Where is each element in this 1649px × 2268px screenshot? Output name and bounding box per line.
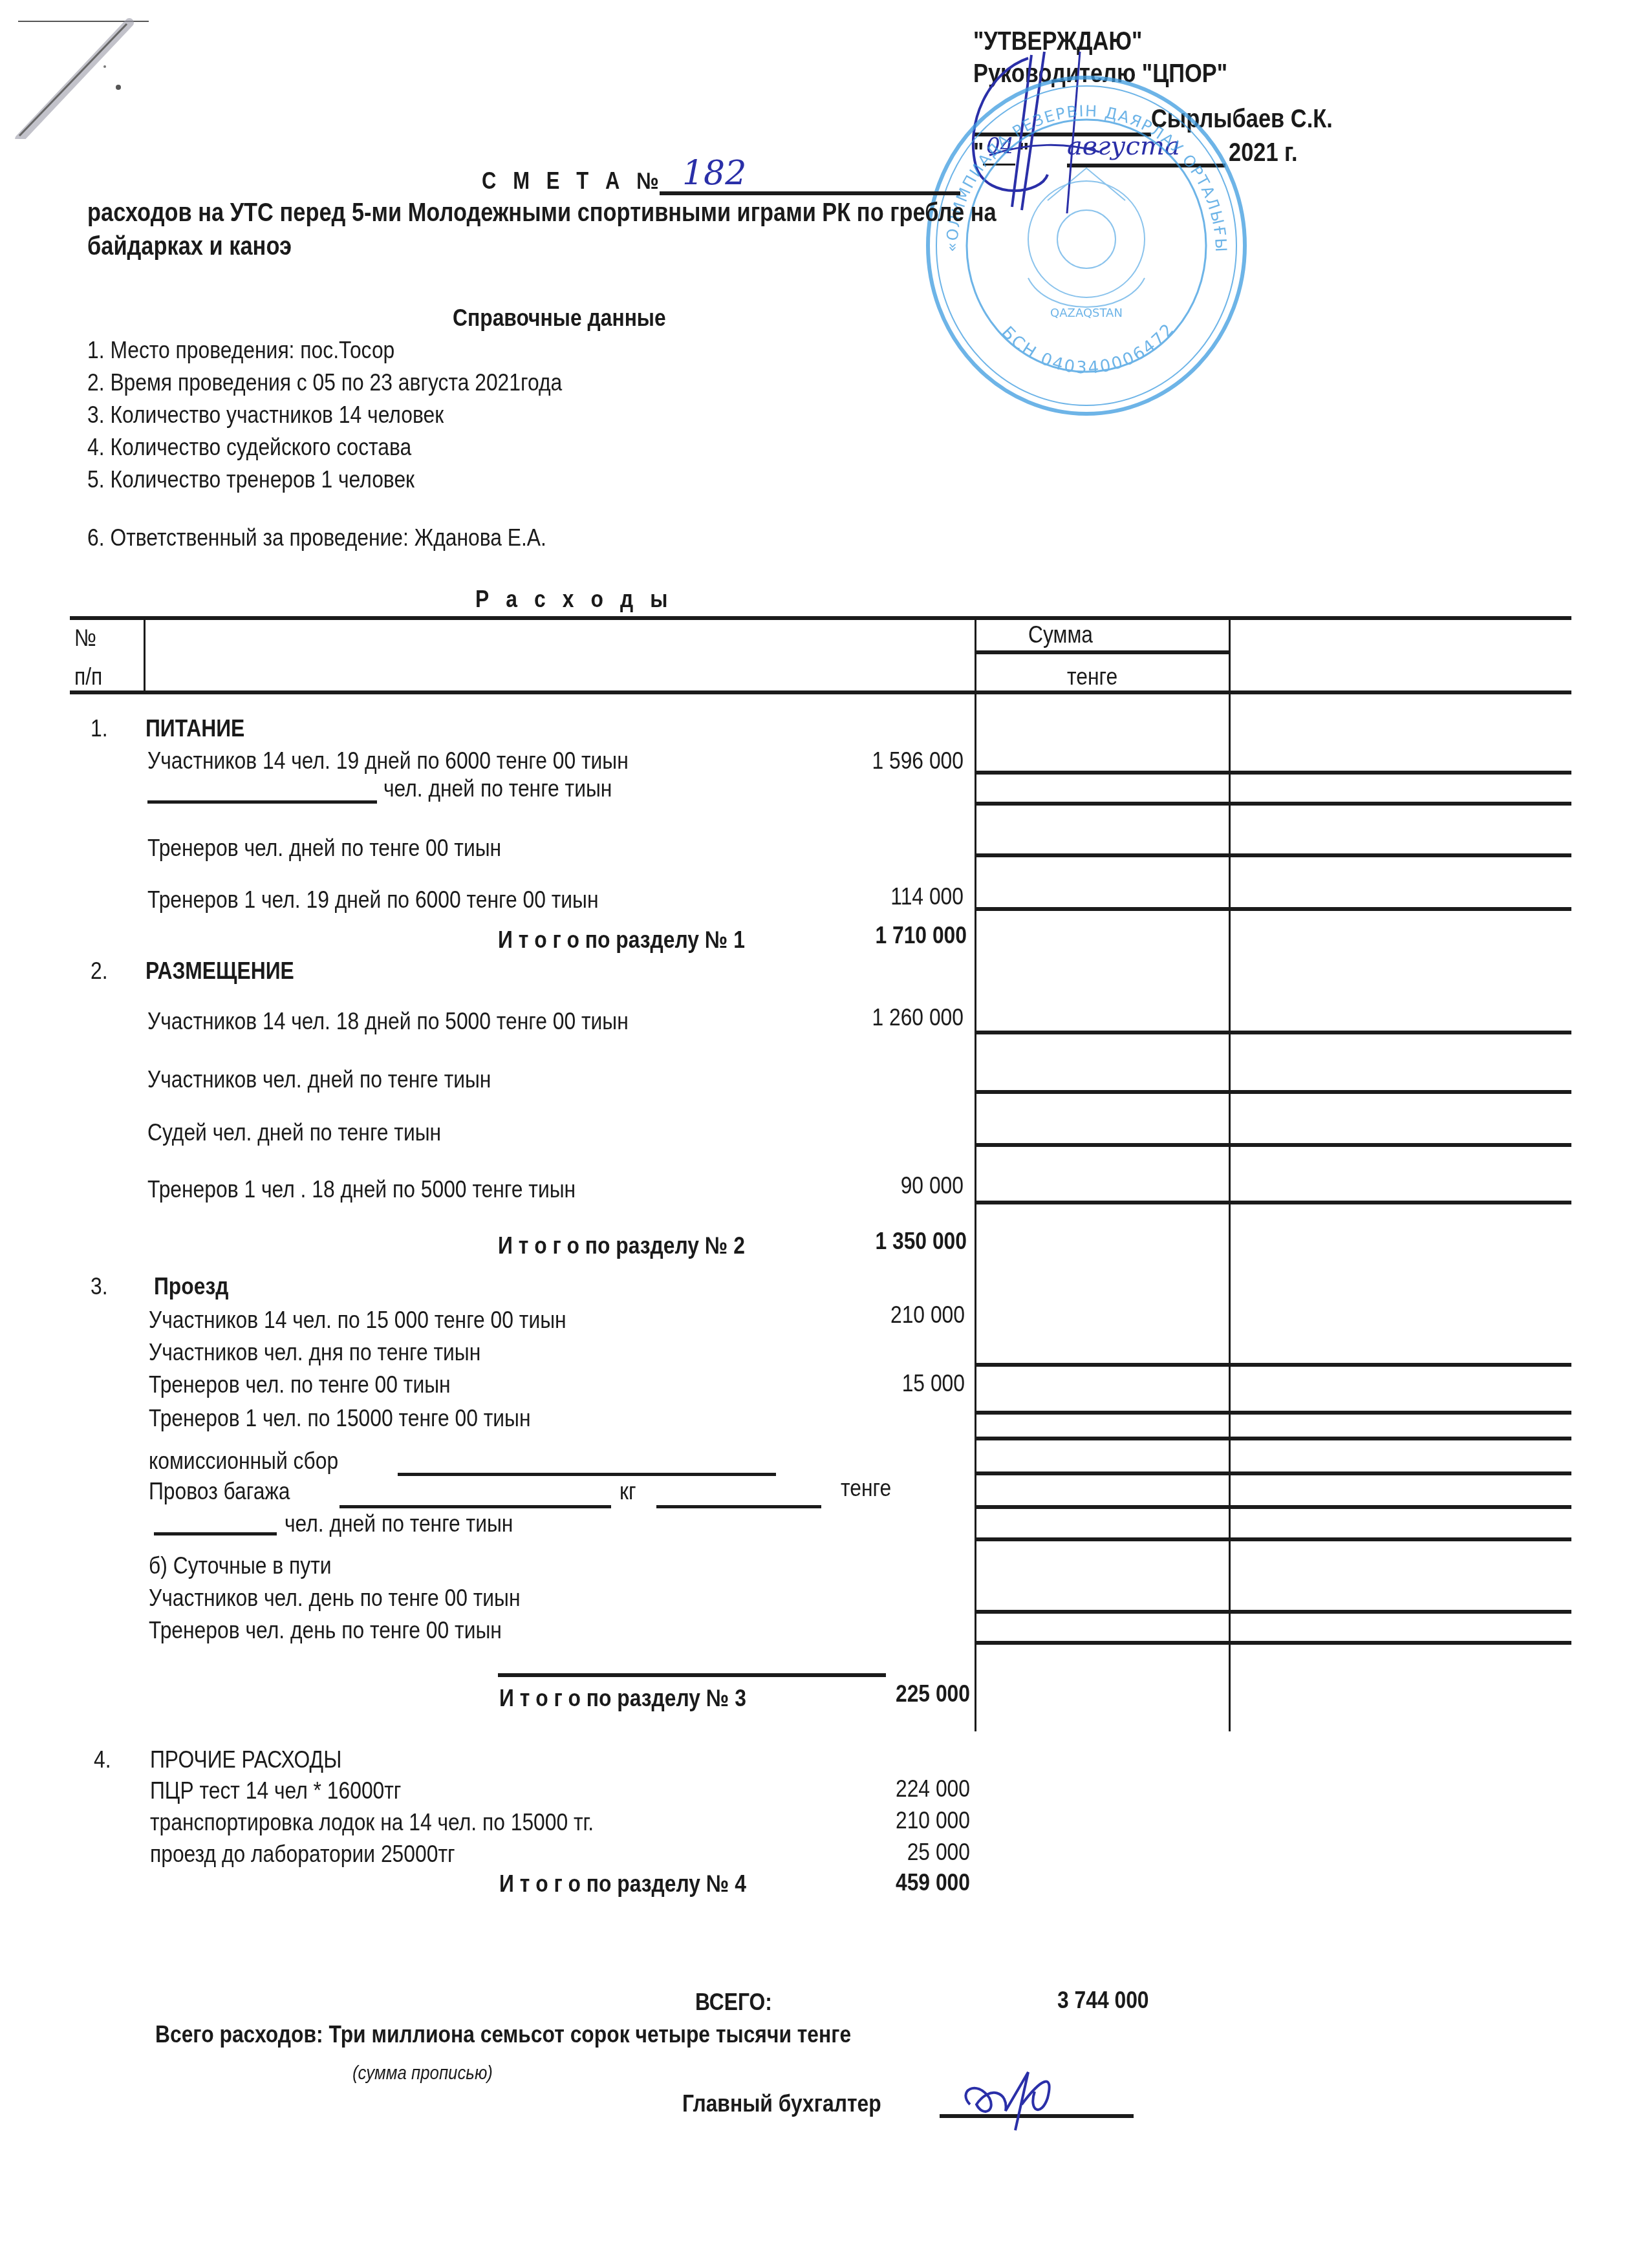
row-divider <box>976 1471 1571 1475</box>
row-divider <box>976 907 1571 911</box>
col-header-sum: Сумма <box>1028 621 1093 649</box>
row-divider <box>976 1610 1571 1614</box>
expense-row-text: транспортировка лодок на 14 чел. по 1500… <box>150 1808 594 1837</box>
chief-accountant-signature <box>957 2066 1067 2137</box>
expense-row-text: Провоз багажа <box>149 1477 290 1506</box>
chief-accountant-label: Главный бухгалтер <box>682 2090 881 2118</box>
reference-item: 2. Время проведения с 05 по 23 августа 2… <box>87 369 562 397</box>
total-in-words-caption: (сумма прописью) <box>352 2062 493 2084</box>
col-header-currency: тенге <box>1067 663 1117 691</box>
expense-row-text: Участников чел. дней по тенге тиын <box>147 1065 491 1094</box>
expense-row-text: Участников 14 чел. 19 дней по 6000 тенге… <box>147 747 629 775</box>
section-total-label: И т о г о по разделу № 1 <box>498 926 745 954</box>
row-divider <box>976 1505 1571 1509</box>
row-divider <box>976 1143 1571 1147</box>
estimate-title: С М Е Т А № <box>482 167 664 195</box>
section-title: ПРОЧИЕ РАСХОДЫ <box>150 1746 341 1774</box>
expense-row-text: Участников чел. дня по тенге тиын <box>149 1338 480 1367</box>
reference-heading: Справочные данные <box>453 304 666 332</box>
table-top-border <box>70 616 1571 620</box>
expense-row-text: Участников 14 чел. по 15 000 тенге 00 ти… <box>149 1306 566 1334</box>
row-divider <box>976 853 1571 857</box>
expense-row-text: Тренеров 1 чел . 18 дней по 5000 тенге т… <box>147 1175 576 1204</box>
expense-row-text: Участников 14 чел. 18 дней по 5000 тенге… <box>147 1007 629 1036</box>
expense-row-text: ПЦР тест 14 чел * 16000тг <box>150 1777 401 1805</box>
expense-row-text: Тренеров чел. дней по тенге 00 тиын <box>147 834 501 862</box>
expense-row-amount: 90 000 <box>741 1171 964 1200</box>
col-divider-number <box>144 619 145 692</box>
row-divider <box>976 1090 1571 1094</box>
grand-total-label: ВСЕГО: <box>695 1988 772 2017</box>
expense-row-text: Судей чел. дней по тенге тиын <box>147 1118 441 1147</box>
expense-row-amount: 1 596 000 <box>741 747 964 775</box>
expense-row-text: Тренеров 1 чел. 19 дней по 6000 тенге 00… <box>147 886 599 914</box>
table-header-bottom-border <box>70 690 1571 694</box>
section-number: 2. <box>91 957 108 985</box>
estimate-number: 182 <box>682 154 746 193</box>
row-divider <box>976 1201 1571 1204</box>
row-divider <box>976 1641 1571 1645</box>
col-header-number: № <box>74 624 96 652</box>
row-divider <box>976 1437 1571 1440</box>
col-divider-sum-right <box>1229 619 1231 1731</box>
svg-text:БСН 040340006472: БСН 040340006472 <box>997 319 1179 378</box>
expense-row-amount: 224 000 <box>748 1775 970 1803</box>
blank-field <box>398 1453 776 1476</box>
blank-field <box>147 781 377 804</box>
expense-row-text: чел. дней по тенге тиын <box>285 1510 513 1538</box>
estimate-subtitle-line1: расходов на УТС перед 5-ми Молодежными с… <box>87 197 997 228</box>
section-total-amount: 1 710 000 <box>744 921 967 950</box>
expense-row-text: комиссионный сбор <box>149 1447 338 1475</box>
section-total-label: И т о г о по разделу № 4 <box>499 1870 746 1898</box>
expense-row-text: б) Суточные в пути <box>149 1552 332 1580</box>
section-number: 4. <box>94 1746 111 1774</box>
total-underline <box>498 1673 886 1677</box>
blank-field <box>656 1486 821 1508</box>
expense-row-text-end: тенге <box>841 1474 891 1503</box>
section-number: 1. <box>91 714 108 743</box>
section-title: ПИТАНИЕ <box>145 714 244 743</box>
reference-item: 1. Место проведения: пос.Тосор <box>87 336 394 365</box>
expense-row-text: Тренеров 1 чел. по 15000 тенге 00 тиын <box>149 1404 531 1433</box>
expense-row-amount: 210 000 <box>748 1806 970 1835</box>
section-total-amount: 459 000 <box>748 1868 970 1897</box>
reference-item: 3. Количество участников 14 человек <box>87 401 444 429</box>
expense-row-text: Тренеров чел. день по тенге 00 тиын <box>149 1616 502 1645</box>
section-total-label: И т о г о по разделу № 2 <box>498 1232 745 1260</box>
scan-artifact <box>6 10 149 139</box>
expense-row-text: проезд до лаборатории 25000тг <box>150 1840 455 1868</box>
col-header-number-sub: п/п <box>74 663 102 691</box>
expense-row-amount: 114 000 <box>741 883 964 911</box>
section-total-amount: 225 000 <box>748 1680 970 1708</box>
reference-item: 4. Количество судейского состава <box>87 433 411 462</box>
estimate-subtitle-line2: байдарках и каноэ <box>87 231 292 262</box>
section-total-label: И т о г о по разделу № 3 <box>499 1684 746 1713</box>
row-divider <box>976 802 1571 806</box>
sum-header-divider <box>976 650 1229 654</box>
col-divider-sum-left <box>975 619 976 1731</box>
row-divider <box>976 1363 1571 1367</box>
expense-row-text-mid: кг <box>620 1477 636 1506</box>
reference-item: 6. Ответственный за проведение: Жданова … <box>87 524 546 552</box>
expense-row-text: Тренеров чел. по тенге 00 тиын <box>149 1371 451 1399</box>
row-divider <box>976 771 1571 775</box>
row-divider <box>976 1031 1571 1034</box>
expenses-heading: Р а с х о д ы <box>475 585 673 614</box>
row-divider <box>976 1411 1571 1415</box>
reference-item: 5. Количество тренеров 1 человек <box>87 465 415 494</box>
section-total-amount: 1 350 000 <box>744 1227 967 1256</box>
total-in-words: Всего расходов: Три миллиона семьсот сор… <box>155 2020 851 2049</box>
section-number: 3. <box>91 1272 108 1301</box>
section-title: РАЗМЕЩЕНИЕ <box>145 957 294 985</box>
expense-row-amount: 15 000 <box>742 1369 965 1398</box>
expense-row-amount: 25 000 <box>748 1838 970 1867</box>
expense-row-text: чел. дней по тенге тиын <box>383 775 612 803</box>
estimate-number-line <box>660 191 960 195</box>
expense-row-amount: 210 000 <box>742 1301 965 1329</box>
blank-field <box>339 1486 611 1508</box>
stamp-bin: БСН 040340006472 <box>997 319 1179 378</box>
official-stamp: «ОЛИМПИАДА РЕЗЕРВІН ДАЯРЛАУ ОРТАЛЫҒЫ» КО… <box>918 71 1255 420</box>
section-title: Проезд <box>154 1272 228 1301</box>
stamp-emblem-text: QAZAQSTAN <box>1050 306 1123 320</box>
expense-row-text: Участников чел. день по тенге 00 тиын <box>149 1584 520 1612</box>
grand-total-amount: 3 744 000 <box>1057 1986 1149 2015</box>
row-divider <box>976 1537 1571 1541</box>
blank-field <box>154 1513 277 1535</box>
expense-row-amount: 1 260 000 <box>741 1003 964 1032</box>
